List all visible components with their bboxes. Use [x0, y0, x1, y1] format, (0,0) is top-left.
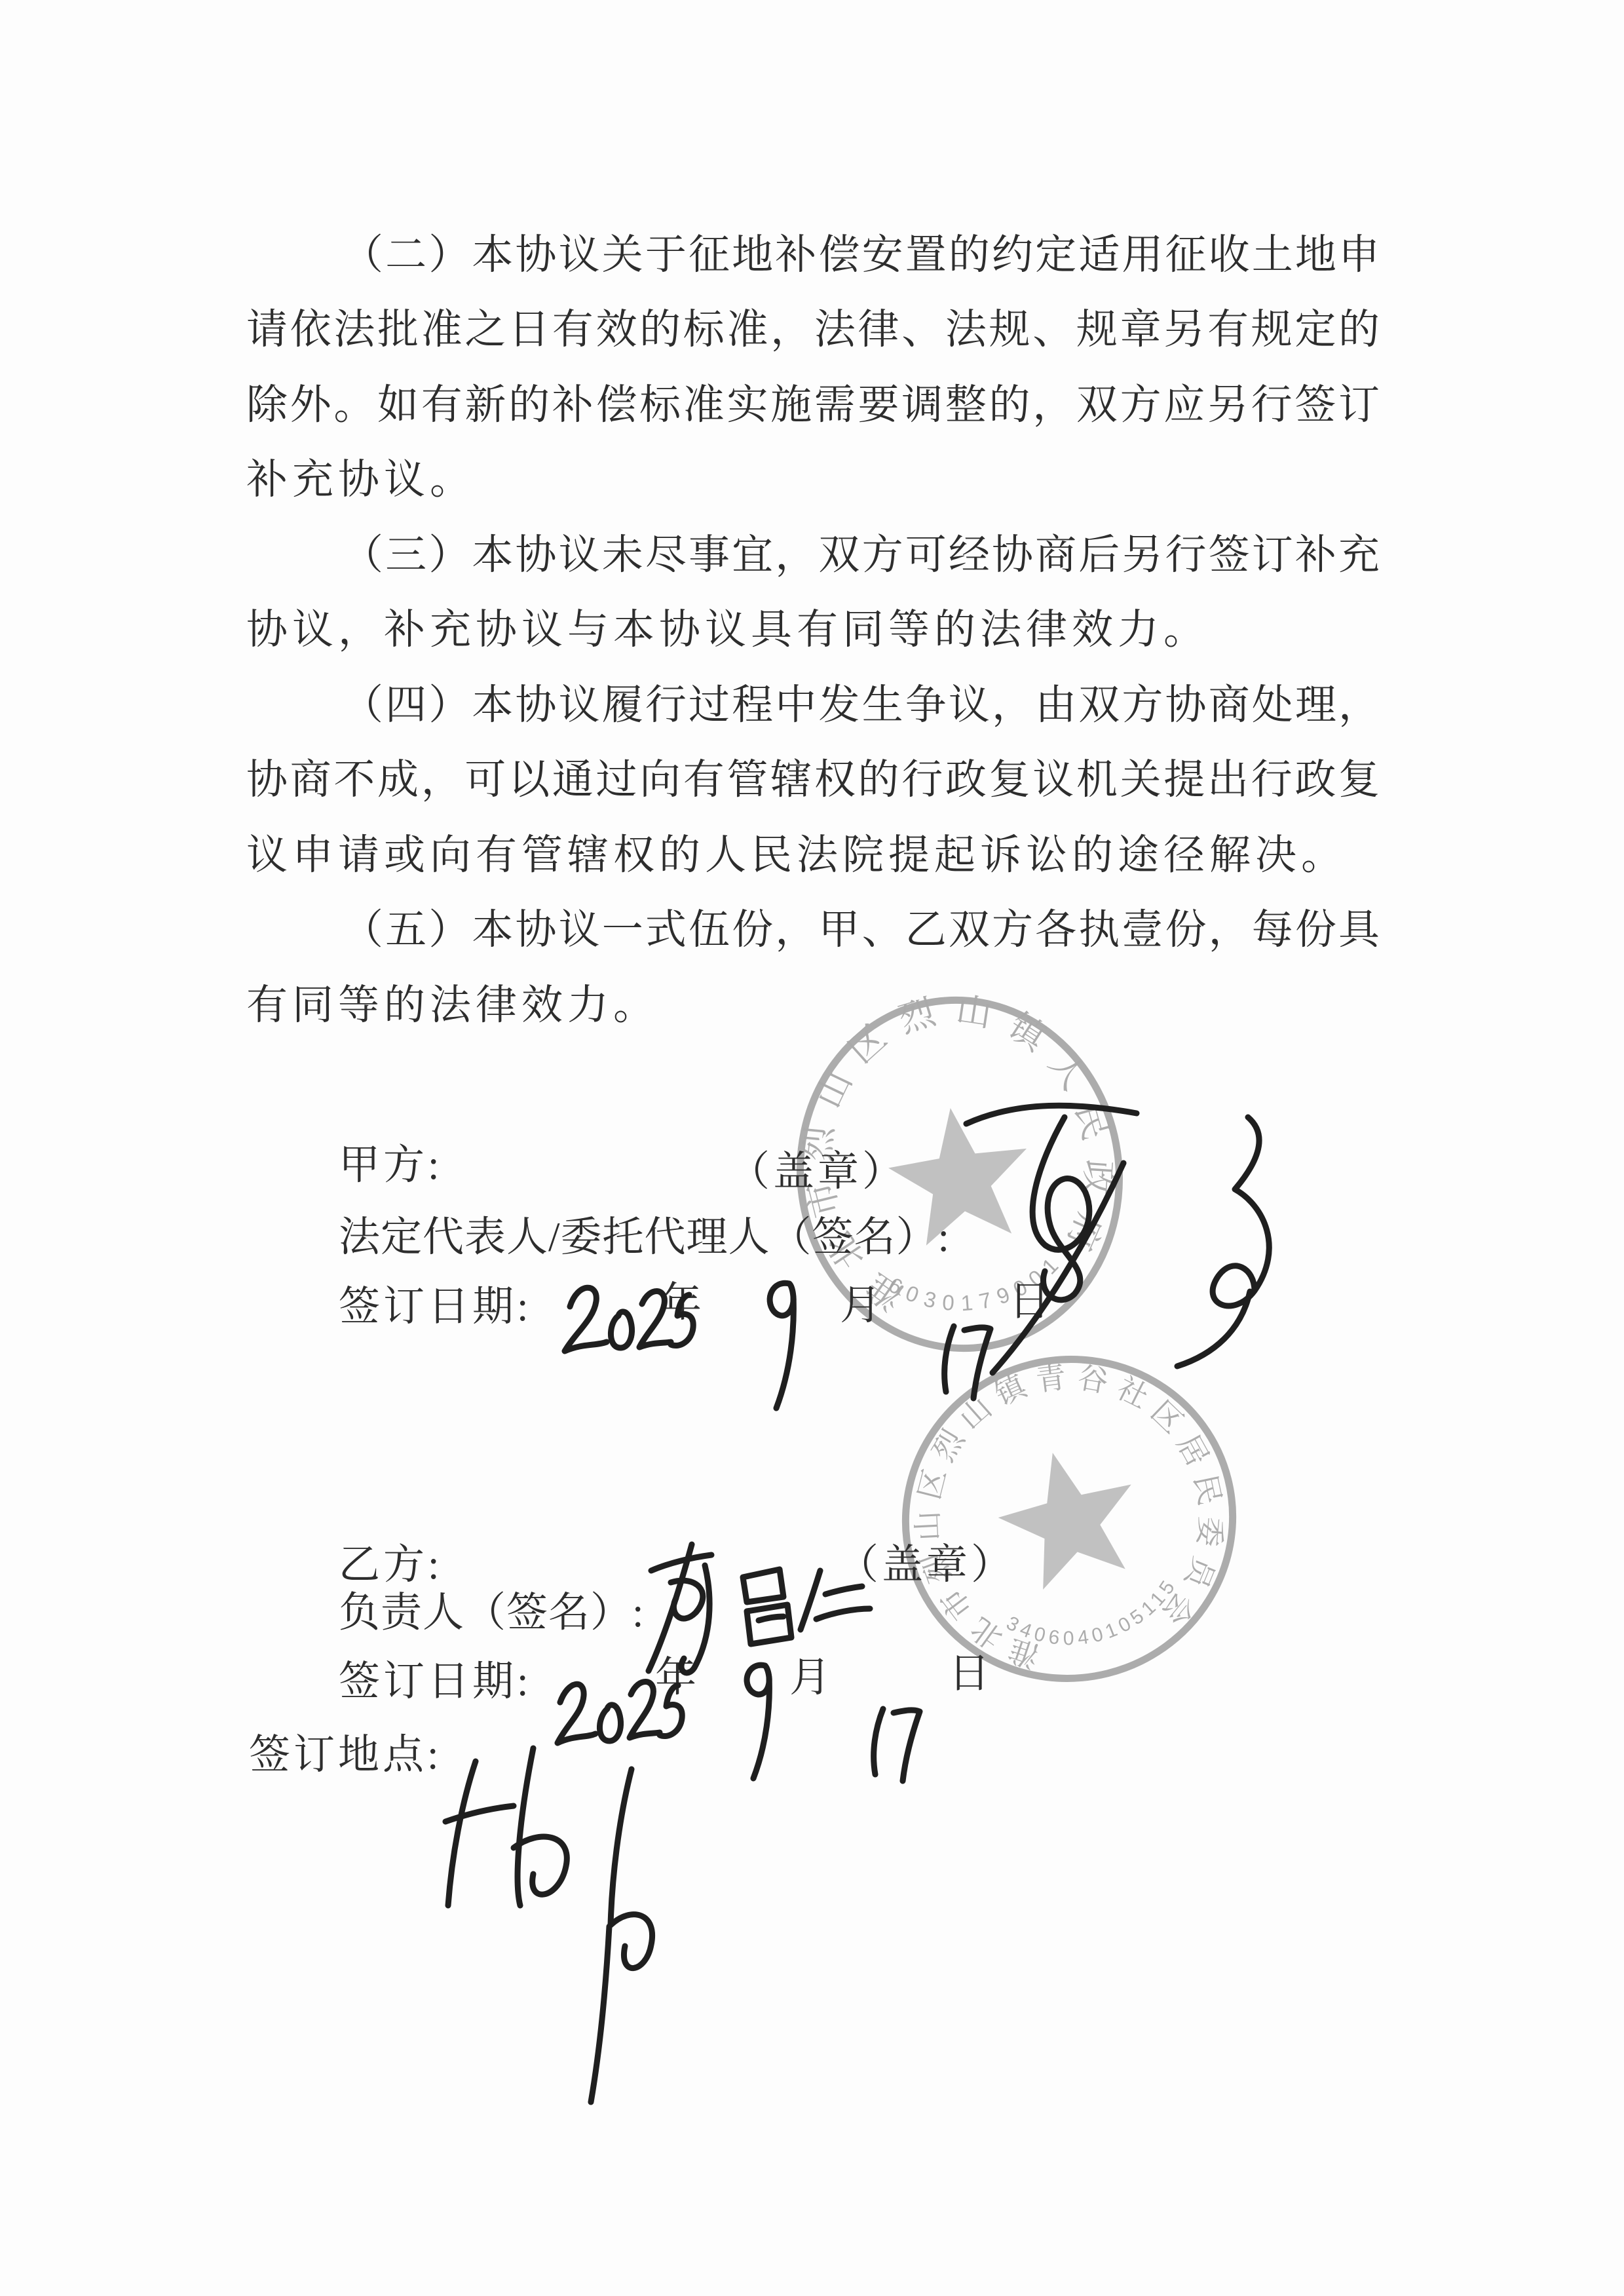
- body-line: （四）本协议履行过程中发生争议，由双方协商处理，: [246, 681, 1380, 729]
- signing-place-handwriting: [434, 1709, 735, 2128]
- document-page: 淮北市烈山区烈山镇人民政府 6030179001 淮北市烈山区烈山镇青谷社区居民…: [0, 0, 1624, 2296]
- body-line: 补充协议。: [246, 455, 1380, 504]
- party-b-date-label: 签订日期:: [339, 1658, 532, 1705]
- month-label: 月: [840, 1282, 884, 1329]
- body-line: 协商不成，可以通过向有管辖权的行政复议机关提出行政复: [246, 756, 1380, 804]
- body-line: （三）本协议未尽事宜，双方可经协商后另行签订补充: [246, 531, 1380, 579]
- body-line: 请依法批准之日有效的标准，法律、法规、规章另有规定的: [246, 305, 1380, 354]
- signing-place-label: 签订地点:: [249, 1731, 442, 1778]
- party-a-seal-note: （盖章）: [728, 1148, 907, 1195]
- party-b-label: 乙方:: [339, 1541, 443, 1588]
- body-line: 有同等的法律效力。: [246, 981, 1380, 1029]
- party-b-handwritten-day: [866, 1696, 925, 1794]
- party-a-date-label: 签订日期:: [339, 1283, 532, 1330]
- party-b-representative-label: 负责人（签名）:: [339, 1589, 645, 1636]
- party-a-representative-label: 法定代表人/委托代理人（签名）:: [339, 1214, 950, 1261]
- party-b-handwritten-month: [735, 1653, 781, 1793]
- body-line: （五）本协议一式伍份，甲、乙双方各执壹份，每份具: [246, 906, 1380, 954]
- body-line: 议申请或向有管辖权的人民法院提起诉讼的途径解决。: [246, 831, 1380, 879]
- body-line: （二）本协议关于征地补偿安置的约定适用征收土地申: [246, 231, 1380, 279]
- party-a-representative-signature: [940, 1071, 1346, 1399]
- body-line: 协议，补充协议与本协议具有同等的法律效力。: [246, 605, 1380, 654]
- body-line: 除外。如有新的补偿标准实施需要调整的，双方应另行签订: [246, 381, 1380, 429]
- party-a-handwritten-year: [556, 1272, 706, 1387]
- party-a-handwritten-month: [757, 1268, 809, 1425]
- party-a-label: 甲方:: [339, 1141, 443, 1189]
- day-label: 日: [949, 1650, 993, 1697]
